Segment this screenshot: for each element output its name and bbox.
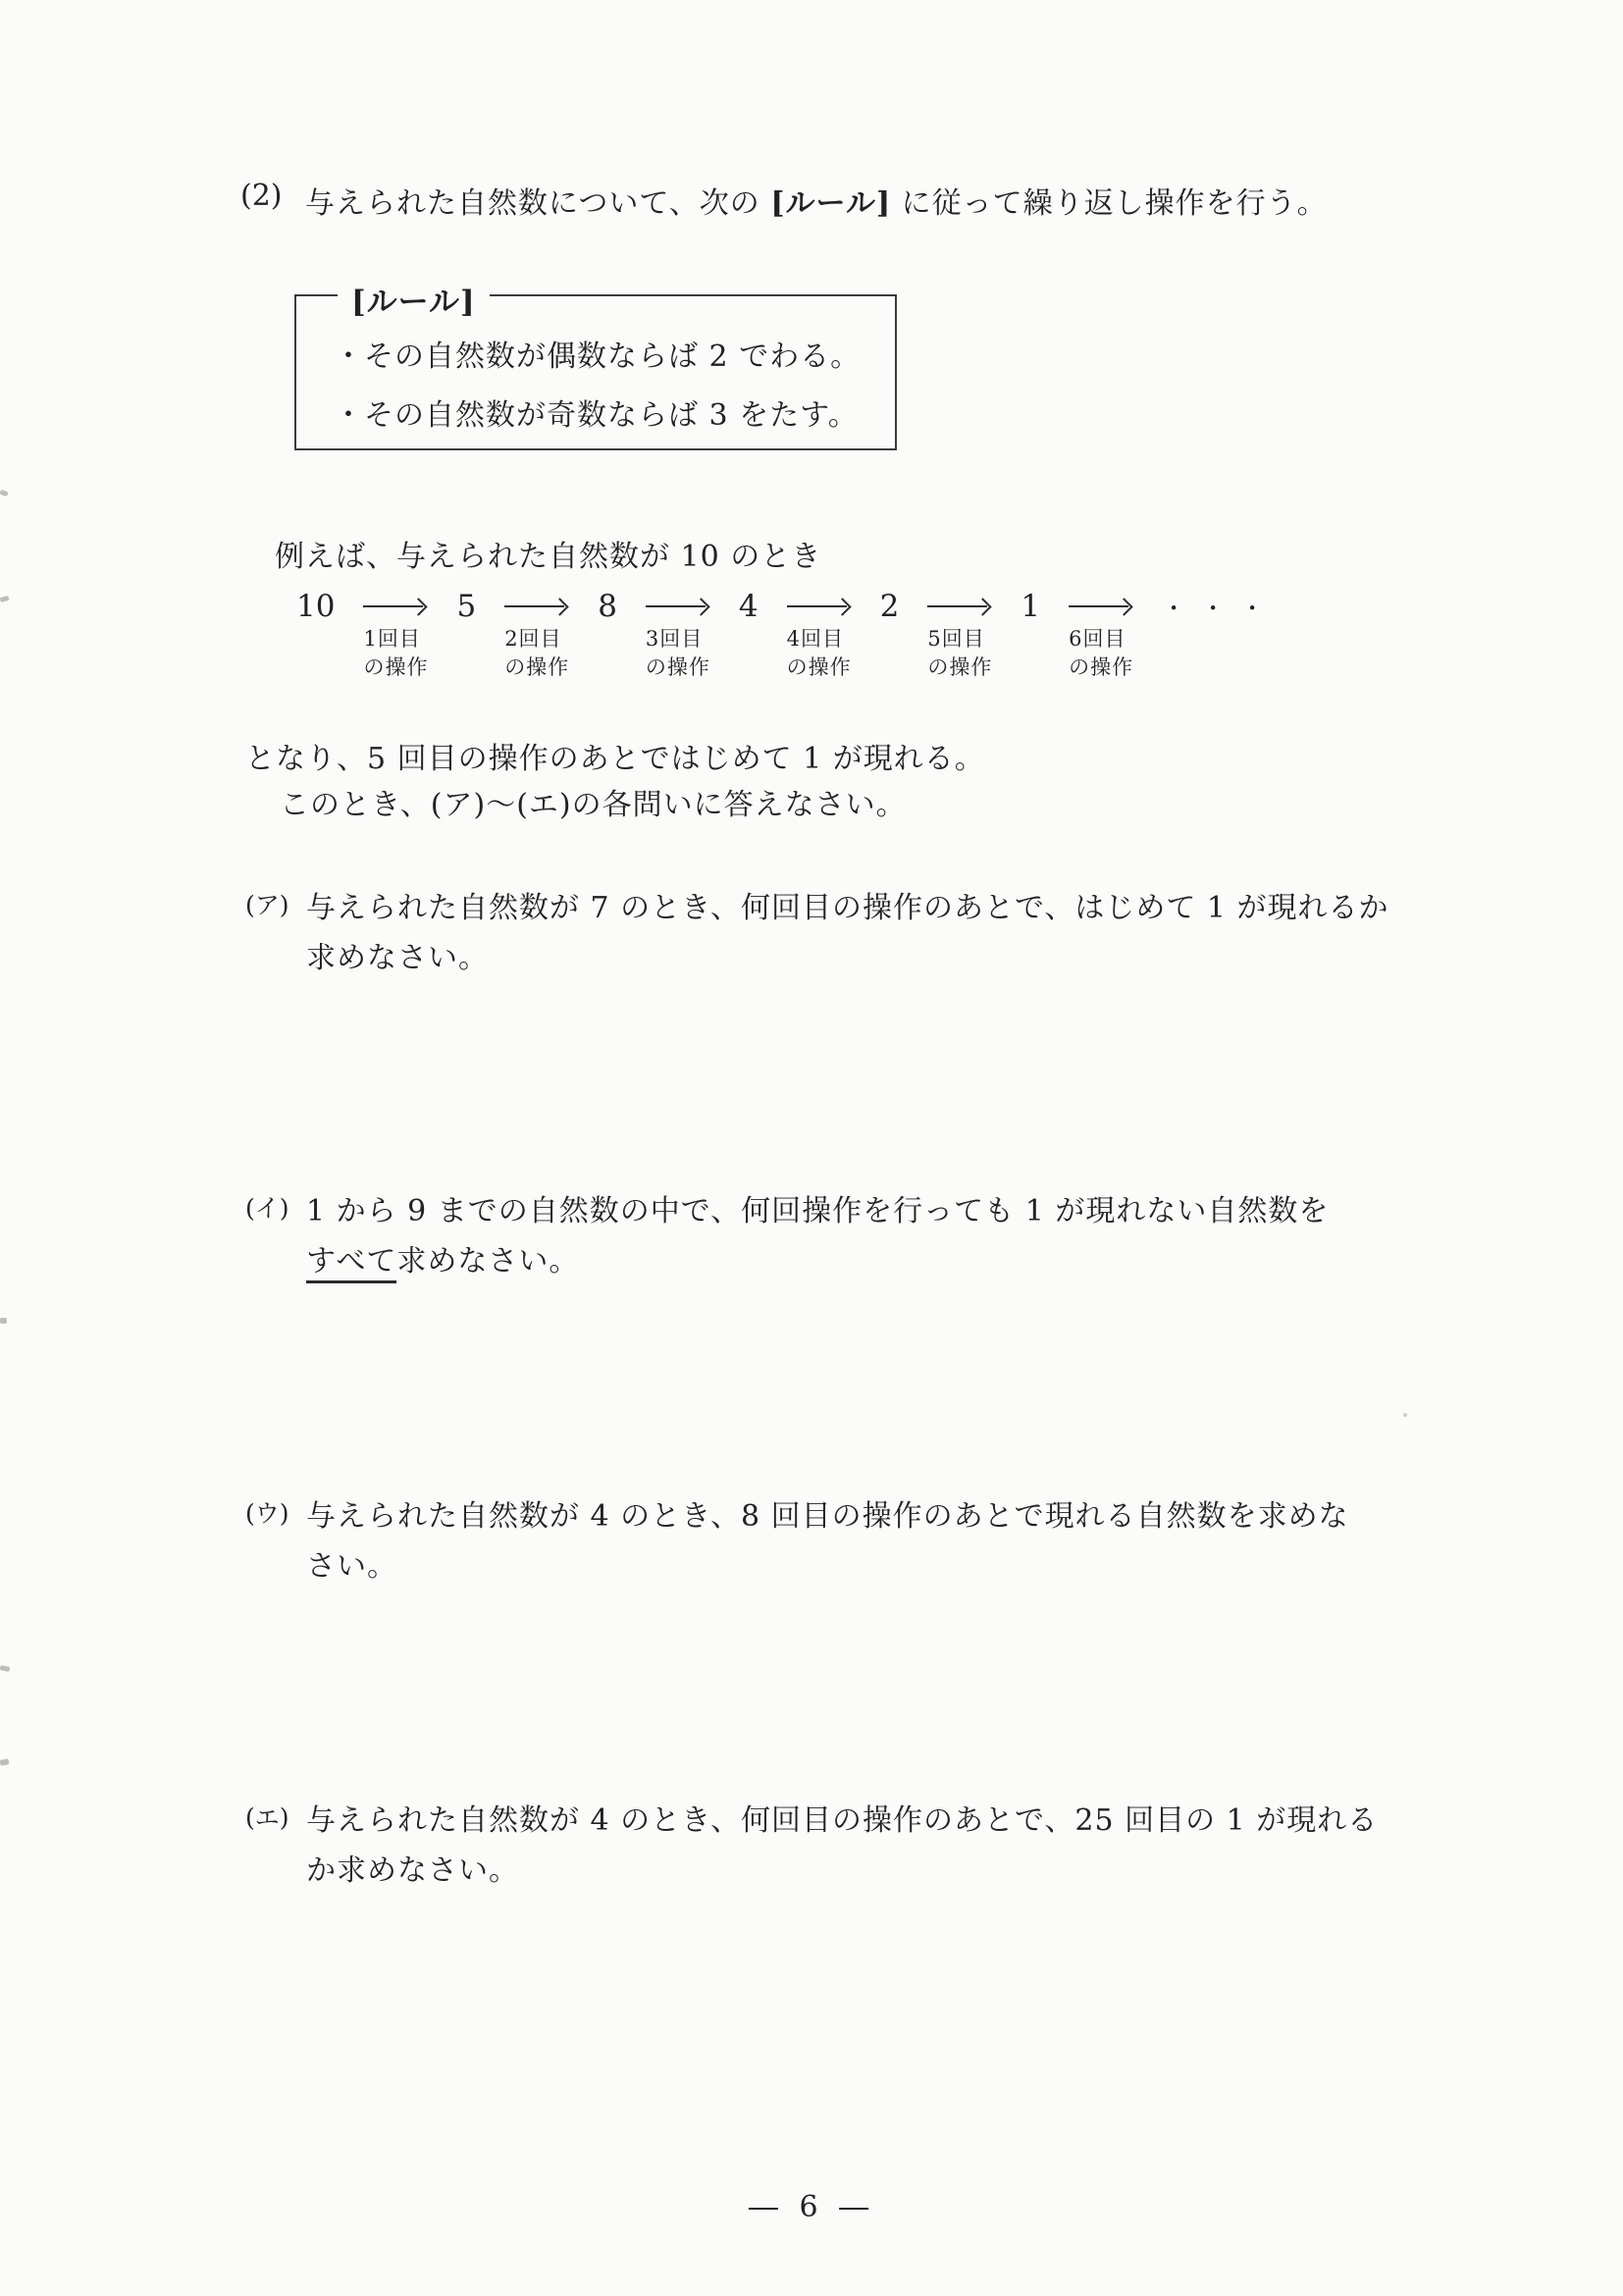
sequence-value: 2	[880, 589, 900, 624]
sequence-value: 1	[1021, 589, 1040, 624]
right-arrow-icon	[927, 596, 990, 617]
right-arrow-icon	[646, 596, 708, 617]
exam-page: (2) 与えられた自然数について、次の [ルール] に従って繰り返し操作を行う。…	[0, 0, 1623, 2296]
question-c: (ウ) 与えられた自然数が 4 のとき、8 回目の操作のあとで現れる自然数を求め…	[245, 1491, 1349, 1592]
sequence-value: 10	[296, 589, 335, 624]
question-b-text: 1 から 9 までの自然数の中で、何回操作を行っても 1 が現れない自然数を す…	[306, 1186, 1329, 1286]
scan-artifact	[0, 1665, 10, 1672]
question-a-label: (ア)	[245, 883, 306, 983]
problem-intro-pre: 与えられた自然数について、次の	[305, 186, 770, 221]
scan-artifact	[0, 1318, 7, 1324]
operation-step: 4回目の操作	[787, 589, 852, 682]
operation-label: 4回目の操作	[787, 625, 852, 682]
scan-artifact	[1403, 1413, 1407, 1417]
question-a-text: 与えられた自然数が 7 のとき、何回目の操作のあとで、はじめて 1 が現れるか …	[306, 883, 1389, 983]
question-c-text: 与えられた自然数が 4 のとき、8 回目の操作のあとで現れる自然数を求めな さい…	[306, 1491, 1349, 1592]
right-arrow-icon	[363, 596, 426, 617]
rule-item-even: ・その自然数が偶数ならば 2 でわる。	[334, 328, 861, 387]
question-b-label: (イ)	[245, 1186, 306, 1286]
rule-box-items: ・その自然数が偶数ならば 2 でわる。 ・その自然数が奇数ならば 3 をたす。	[334, 328, 861, 445]
operation-label: 3回目の操作	[646, 625, 710, 682]
question-d-label: (エ)	[245, 1796, 306, 1896]
operation-step: 5回目の操作	[927, 589, 992, 682]
sequence-value: 8	[598, 589, 617, 624]
operation-step: 3回目の操作	[646, 589, 710, 682]
problem-intro-rule-ref: [ルール]	[770, 186, 891, 221]
question-d-text: 与えられた自然数が 4 のとき、何回目の操作のあとで、25 回目の 1 が現れる…	[306, 1796, 1378, 1896]
problem-intro-post: に従って繰り返し操作を行う。	[891, 186, 1328, 221]
question-b: (イ) 1 から 9 までの自然数の中で、何回操作を行っても 1 が現れない自然…	[245, 1186, 1329, 1286]
operation-step: 6回目の操作	[1069, 589, 1133, 682]
question-a: (ア) 与えられた自然数が 7 のとき、何回目の操作のあとで、はじめて 1 が現…	[245, 883, 1389, 983]
problem-intro: 与えられた自然数について、次の [ルール] に従って繰り返し操作を行う。	[305, 179, 1328, 222]
rule-box: [ルール] ・その自然数が偶数ならば 2 でわる。 ・その自然数が奇数ならば 3…	[294, 294, 897, 450]
example-sequence: 10 1回目の操作 5 2回目の操作 8 3回目の操作 4 4回目の操作 2 5…	[296, 589, 1280, 682]
example-intro: 例えば、与えられた自然数が 10 のとき	[275, 532, 821, 575]
scan-artifact	[0, 596, 9, 602]
page-number: ― 6 ―	[0, 2190, 1623, 2224]
right-arrow-icon	[787, 596, 850, 617]
scan-artifact	[0, 490, 9, 496]
right-arrow-icon	[1069, 596, 1131, 617]
operation-step: 2回目の操作	[504, 589, 569, 682]
rule-item-odd: ・その自然数が奇数ならば 3 をたす。	[334, 387, 861, 445]
operation-label: 2回目の操作	[504, 625, 569, 682]
operation-label: 5回目の操作	[927, 625, 992, 682]
right-arrow-icon	[504, 596, 567, 617]
question-d: (エ) 与えられた自然数が 4 のとき、何回目の操作のあとで、25 回目の 1 …	[245, 1796, 1378, 1896]
sequence-ellipsis: ・・・	[1162, 591, 1280, 626]
example-conclusion: となり、5 回目の操作のあとではじめて 1 が現れる。	[245, 734, 985, 777]
problem-heading: (2) 与えられた自然数について、次の [ルール] に従って繰り返し操作を行う。	[240, 179, 1328, 222]
sequence-value: 4	[739, 589, 759, 624]
problem-number: (2)	[240, 179, 305, 222]
sequence-value: 5	[456, 589, 476, 624]
rule-box-title: [ルール]	[338, 277, 490, 321]
operation-label: 1回目の操作	[363, 625, 428, 682]
operation-step: 1回目の操作	[363, 589, 428, 682]
underlined-text: すべて	[306, 1244, 396, 1283]
questions-prompt: このとき、(ア)～(エ)の各問いに答えなさい。	[280, 780, 907, 823]
operation-label: 6回目の操作	[1069, 625, 1133, 682]
question-c-label: (ウ)	[245, 1491, 306, 1592]
scan-artifact	[0, 1758, 9, 1765]
